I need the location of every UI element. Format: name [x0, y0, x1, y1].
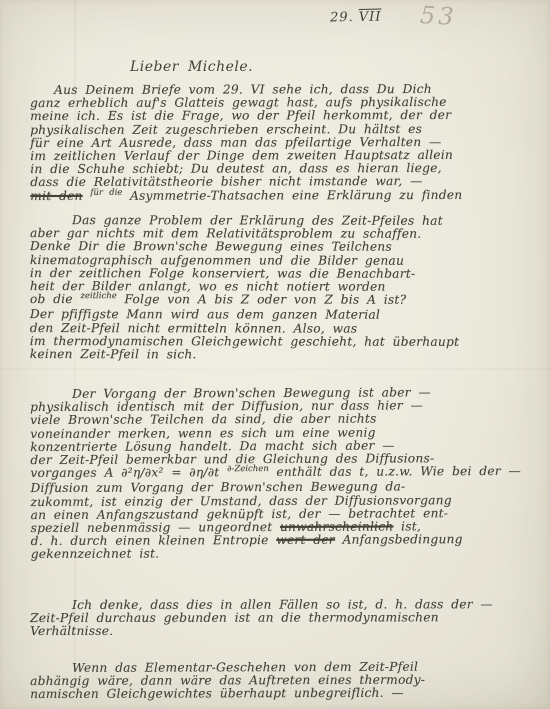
- inserted-word: zeitliche: [80, 291, 116, 301]
- paragraph: Aus Deinem Briefe vom 29. VI sehe ich, d…: [30, 83, 522, 205]
- paragraph: Der Vorgang der Brown'schen Bewegung ist…: [30, 386, 523, 562]
- handwritten-line: Zeit-Pfeil durchaus gebunden ist an die …: [30, 611, 522, 625]
- crossed-out-word: mit den: [30, 188, 82, 202]
- archive-number-pencil: 53: [419, 1, 457, 31]
- paragraph: Das ganze Problem der Erklärung des Zeit…: [30, 214, 522, 362]
- handwritten-line: keinen Zeit-Pfeil in sich.: [30, 348, 522, 362]
- date-line: 29. VII: [330, 10, 382, 26]
- handwritten-line: gekennzeichnet ist.: [31, 546, 523, 561]
- handwritten-line: Verhältnisse.: [30, 624, 522, 638]
- crossed-out-word: wert der: [276, 533, 335, 547]
- inserted-word: für die: [90, 187, 122, 197]
- handwritten-line: namischen Gleichgewichtes überhaupt unbe…: [30, 686, 522, 701]
- letter-body: Aus Deinem Briefe vom 29. VI sehe ich, d…: [30, 84, 522, 701]
- salutation: Lieber Michele.: [130, 59, 253, 75]
- letter-page: 29. VII 53 Lieber Michele. Aus Deinem Br…: [0, 0, 550, 709]
- paragraph: Ich denke, dass dies in allen Fällen so …: [30, 598, 522, 652]
- handwritten-line: mit den für die Asymmetrie-Thatsachen ei…: [30, 188, 522, 204]
- date-day: 29.: [330, 10, 354, 25]
- handwritten-line: [30, 637, 522, 651]
- date-month-roman: VII: [359, 10, 382, 25]
- paragraph: Wenn das Elementar-Geschehen von dem Zei…: [30, 660, 522, 701]
- inserted-word: ∂-Zeichen: [227, 464, 269, 474]
